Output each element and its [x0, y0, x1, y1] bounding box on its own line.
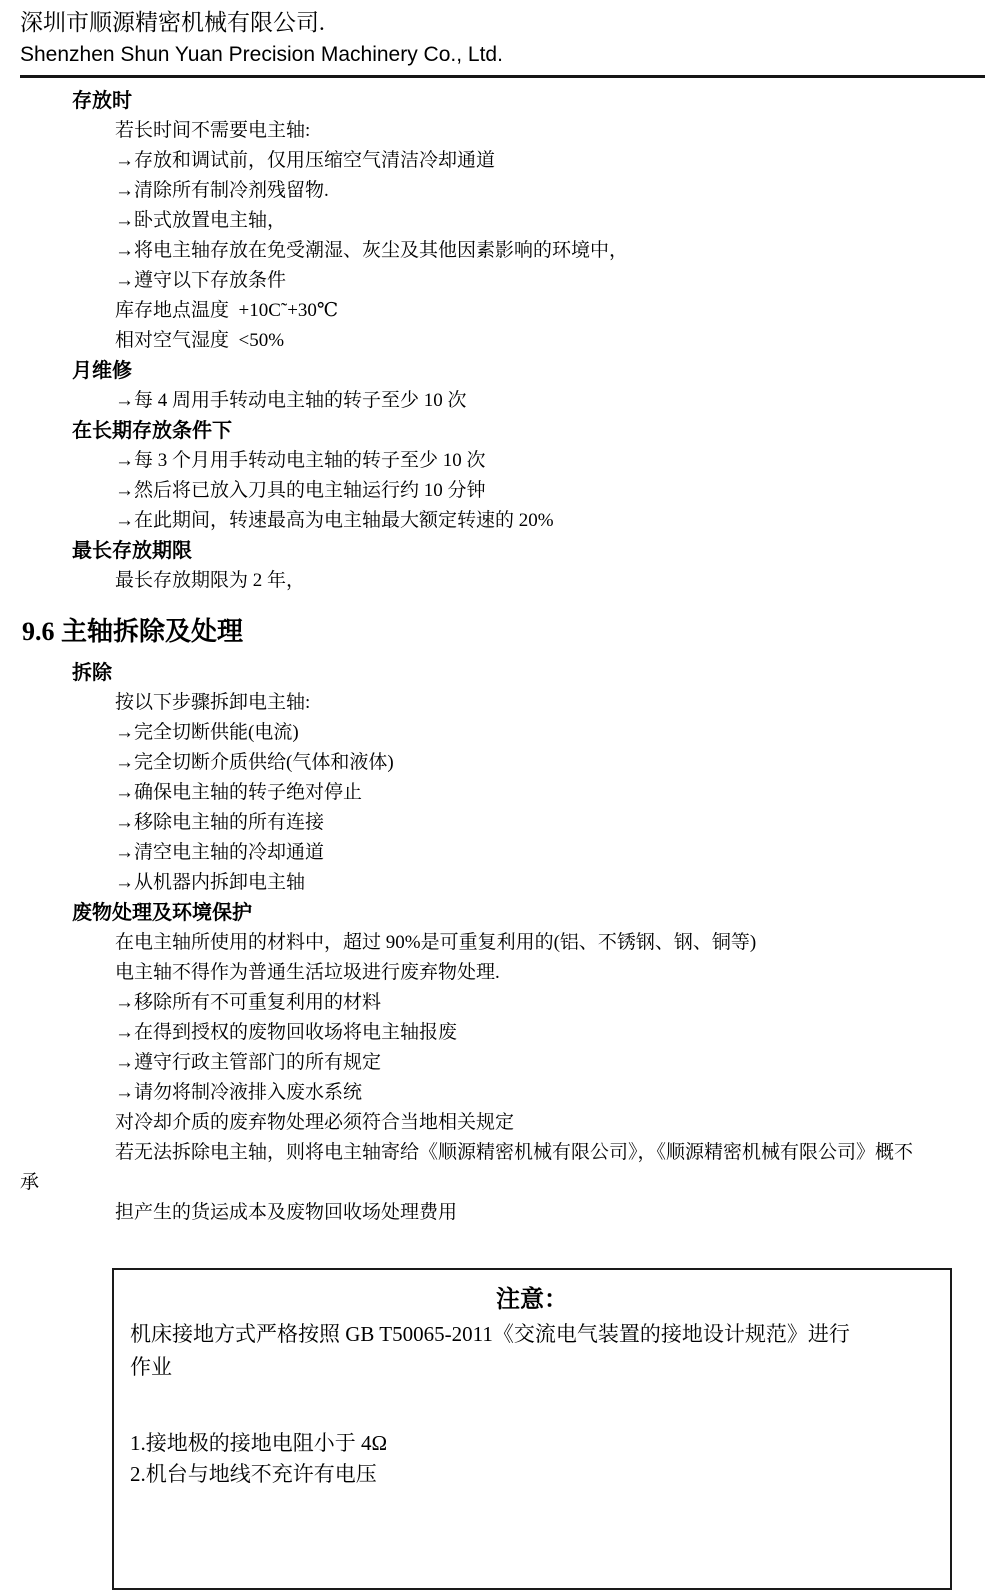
- section-line: →遵守行政主管部门的所有规定: [115, 1048, 1000, 1078]
- section-line: 在电主轴所使用的材料中，超过 90%是可重复利用的(铝、不锈钢、钢、铜等): [115, 928, 1000, 958]
- section-line: →请勿将制冷液排入废水系统: [115, 1078, 1000, 1108]
- section-heading-long-term-storage: 在长期存放条件下: [72, 416, 1000, 446]
- section-line: →卧式放置电主轴，: [115, 206, 1000, 236]
- section-heading-waste-disposal: 废物处理及环境保护: [72, 898, 1000, 928]
- section-line: →每 3 个月用手转动电主轴的转子至少 10 次: [115, 446, 1000, 476]
- section-line: →确保电主轴的转子绝对停止: [115, 778, 1000, 808]
- section-line: →移除电主轴的所有连接: [115, 808, 1000, 838]
- section-line: →清空电主轴的冷却通道: [115, 838, 1000, 868]
- section-line: 最长存放期限为 2 年，: [115, 566, 1000, 596]
- overflow-continuation-line: 担产生的货运成本及废物回收场处理费用: [115, 1198, 1000, 1228]
- notice-item: 1.接地极的接地电阻小于 4Ω: [130, 1428, 928, 1459]
- page-header: 深圳市顺源精密机械有限公司. Shenzhen Shun Yuan Precis…: [0, 0, 1000, 70]
- section-line: →然后将已放入刀具的电主轴运行约 10 分钟: [115, 476, 1000, 506]
- section-heading-monthly-maintenance: 月维修: [72, 356, 1000, 386]
- company-name-cn: 深圳市顺源精密机械有限公司.: [20, 6, 1000, 40]
- notice-spacer: [114, 1384, 950, 1428]
- section-line: →移除所有不可重复利用的材料: [115, 988, 1000, 1018]
- section-line: →将电主轴存放在免受潮湿、灰尘及其他因素影响的环境中，: [115, 236, 1000, 266]
- section-line: 若长时间不需要电主轴:: [115, 116, 1000, 146]
- section-line: →每 4 周用手转动电主轴的转子至少 10 次: [115, 386, 1000, 416]
- section-line-storage-temperature: 库存地点温度 +10C˜+30℃: [115, 296, 1000, 326]
- section-line: →完全切断介质供给(气体和液体): [115, 748, 1000, 778]
- section-line: →从机器内拆卸电主轴: [115, 868, 1000, 898]
- section-line: →在此期间，转速最高为电主轴最大额定转速的 20%: [115, 506, 1000, 536]
- section-line: 电主轴不得作为普通生活垃圾进行废弃物处理.: [115, 958, 1000, 988]
- notice-item: 2.机台与地线不充许有电压: [130, 1459, 928, 1490]
- section-line: →清除所有制冷剂残留物.: [115, 176, 1000, 206]
- document-body: 存放时 若长时间不需要电主轴: →存放和调试前，仅用压缩空气清洁冷却通道 →清除…: [0, 86, 1000, 1590]
- section-heading-max-storage-period: 最长存放期限: [72, 536, 1000, 566]
- notice-title: 注意：: [114, 1282, 950, 1318]
- section-heading-storage: 存放时: [72, 86, 1000, 116]
- section-line: →存放和调试前，仅用压缩空气清洁冷却通道: [115, 146, 1000, 176]
- section-line: 若无法拆除电主轴，则将电主轴寄给《顺源精密机械有限公司》，《顺源精密机械有限公司…: [115, 1138, 1000, 1168]
- chapter-heading: 9.6 主轴拆除及处理: [22, 610, 1000, 654]
- section-line: 按以下步骤拆卸电主轴:: [115, 688, 1000, 718]
- manual-page: 深圳市顺源精密机械有限公司. Shenzhen Shun Yuan Precis…: [0, 0, 1000, 1590]
- section-line: →遵守以下存放条件: [115, 266, 1000, 296]
- header-rule: [20, 75, 985, 78]
- section-line: 对冷却介质的废弃物处理必须符合当地相关规定: [115, 1108, 1000, 1138]
- notice-body-line: 作业: [130, 1351, 928, 1384]
- notice-box: 注意： 机床接地方式严格按照 GB T50065-2011《交流电气装置的接地设…: [112, 1268, 952, 1590]
- notice-body-line: 机床接地方式严格按照 GB T50065-2011《交流电气装置的接地设计规范》…: [130, 1318, 928, 1351]
- company-name-en: Shenzhen Shun Yuan Precision Machinery C…: [20, 40, 1000, 70]
- section-heading-removal: 拆除: [72, 658, 1000, 688]
- section-line-storage-humidity: 相对空气湿度 <50%: [115, 326, 1000, 356]
- section-line: →完全切断供能(电流): [115, 718, 1000, 748]
- overflow-hanging-char: 承: [20, 1168, 1000, 1198]
- section-line: →在得到授权的废物回收场将电主轴报废: [115, 1018, 1000, 1048]
